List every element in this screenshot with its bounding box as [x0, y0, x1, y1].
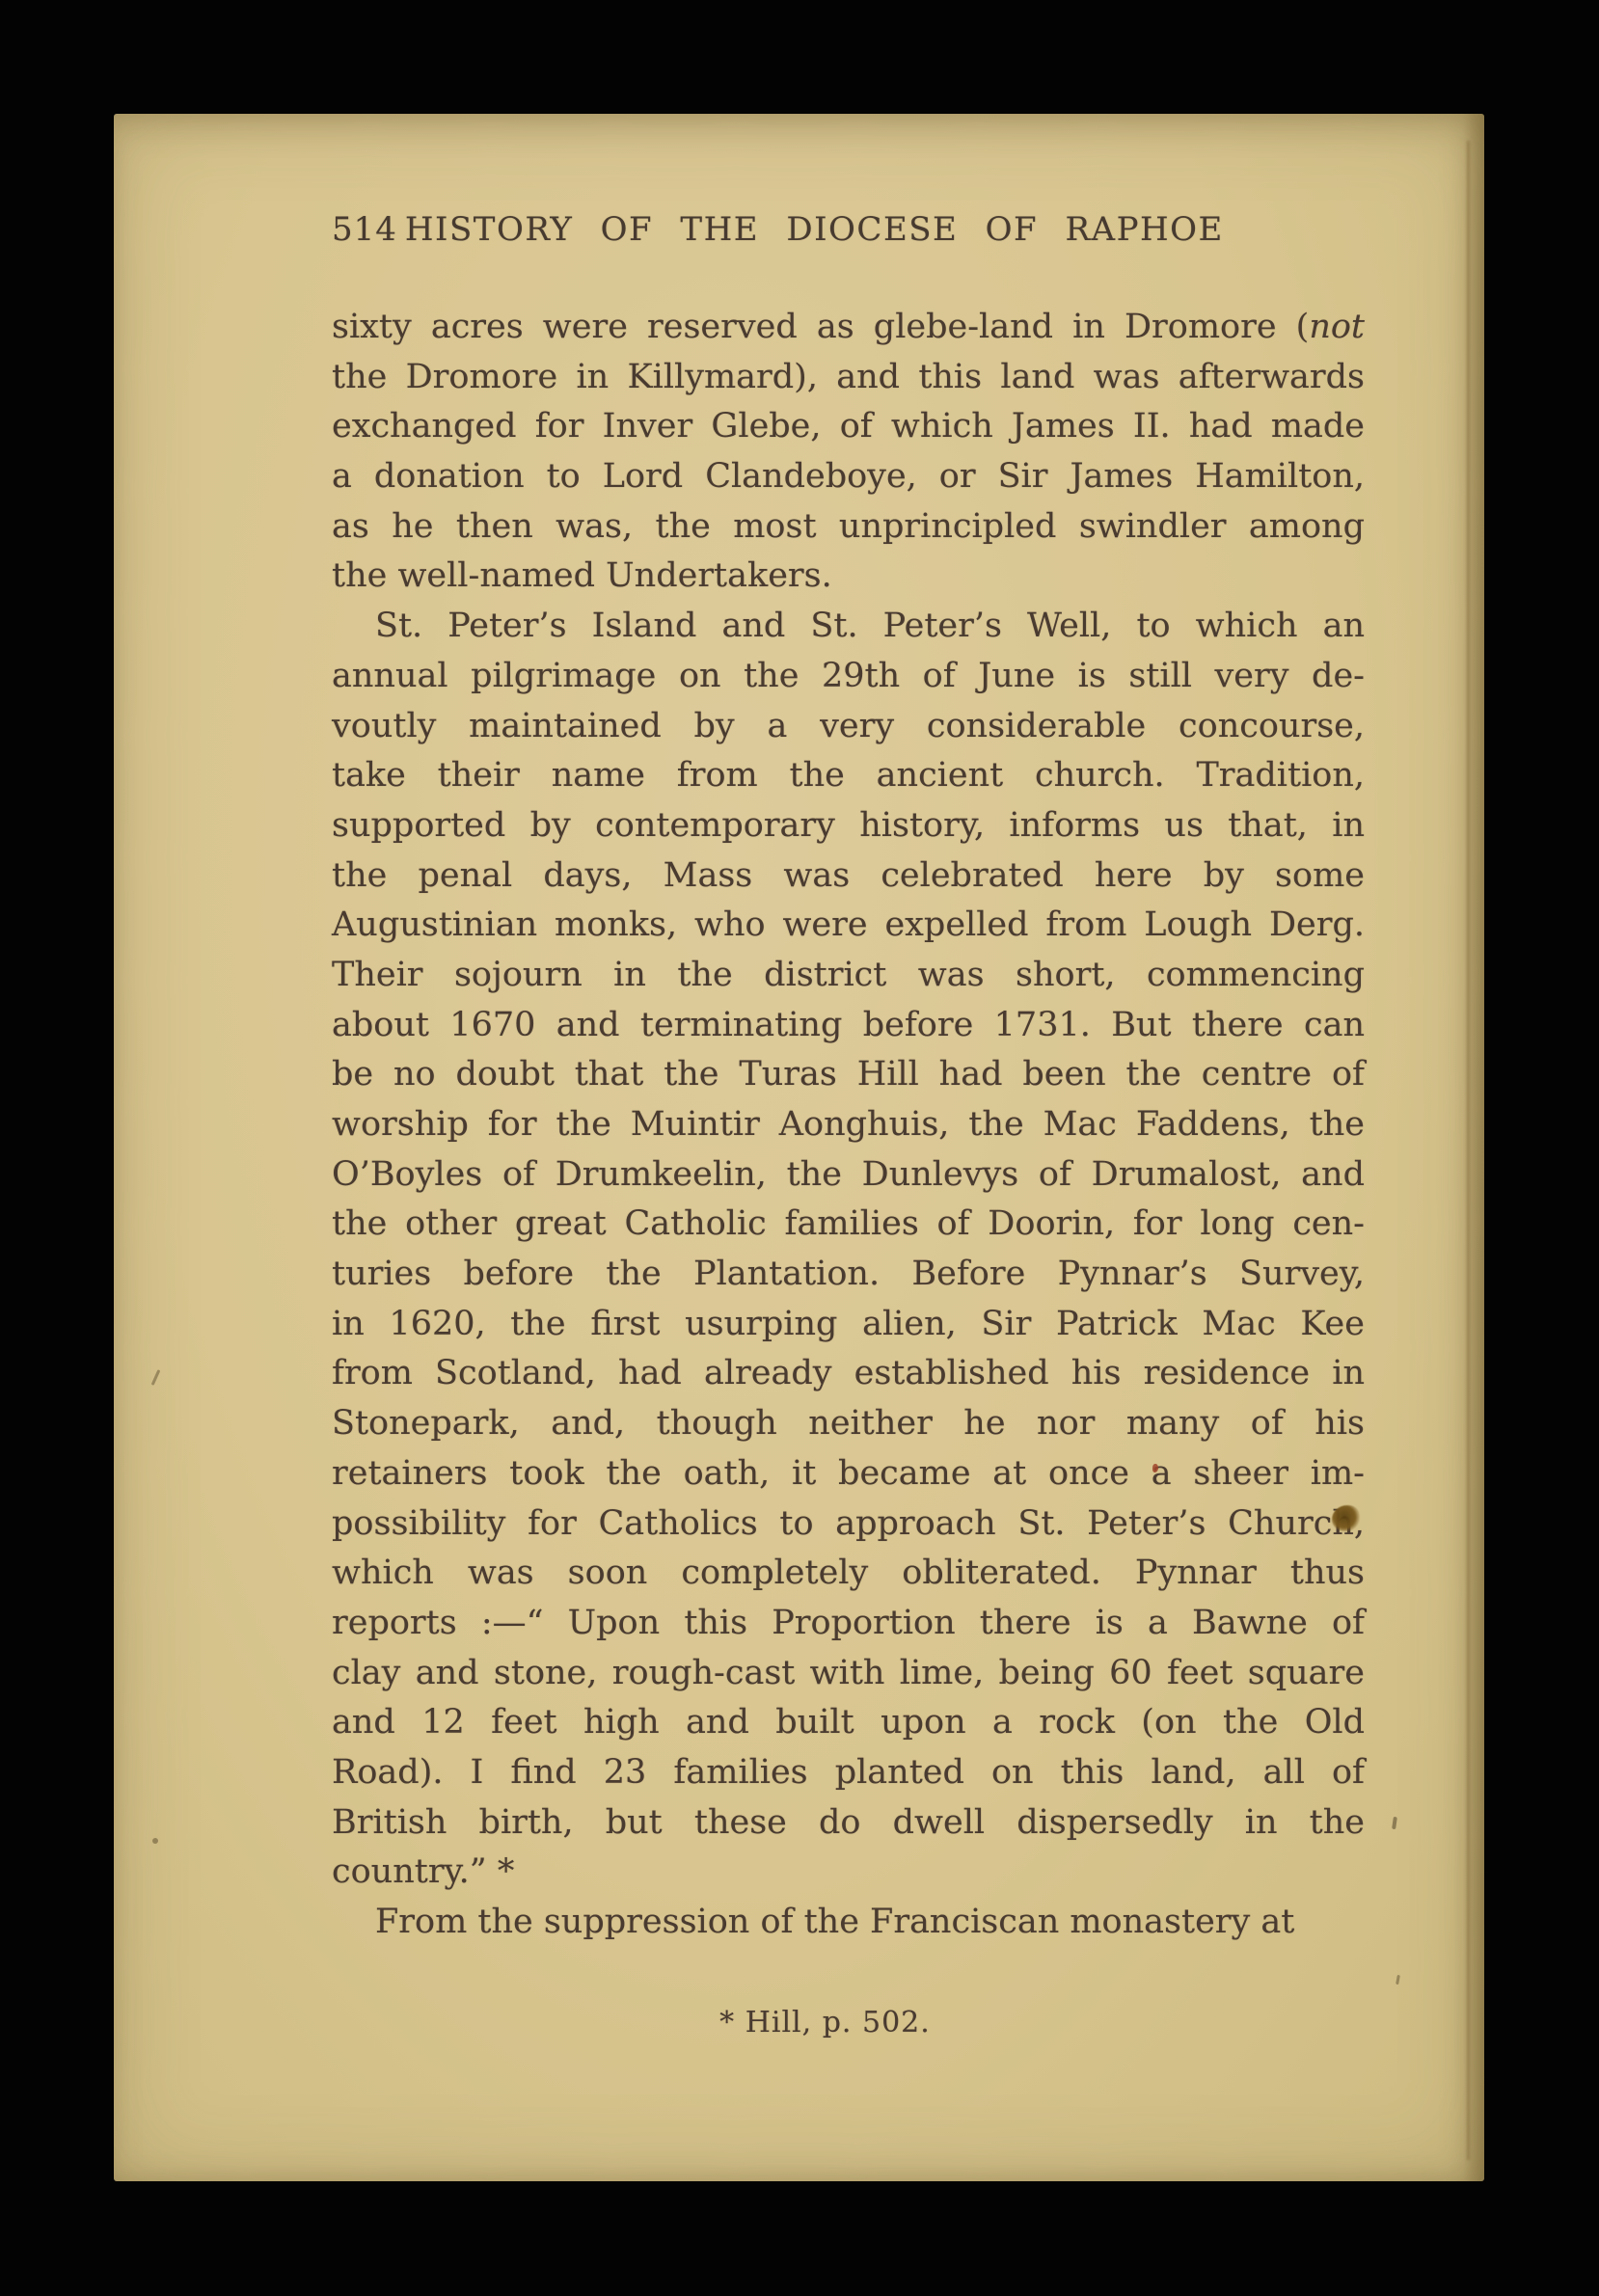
text-line: Their sojourn in the district was short,…	[332, 951, 1365, 1001]
text-line: in 1620, the first usurping alien, Sir P…	[332, 1300, 1365, 1350]
text-line: from Scotland, had already established h…	[332, 1349, 1365, 1399]
text-line: and 12 feet high and built upon a rock (…	[332, 1698, 1365, 1748]
text-line: country.” *	[332, 1848, 1365, 1898]
text-line: Stonepark, and, though neither he nor ma…	[332, 1399, 1365, 1449]
text-line: a donation to Lord Clandeboye, or Sir Ja…	[332, 452, 1365, 502]
text-line: the penal days, Mass was celebrated here…	[332, 851, 1365, 902]
text-line: British birth, but these do dwell disper…	[332, 1798, 1365, 1849]
ink-speck	[151, 1369, 161, 1386]
text-line: St. Peter’s Island and St. Peter’s Well,…	[332, 602, 1365, 652]
page-edge-shade	[1463, 114, 1484, 2181]
text-line: possibility for Catholics to approach St…	[332, 1499, 1365, 1550]
text-line: voutly maintained by a very considerable…	[332, 702, 1365, 752]
text-line: Augustinian monks, who were expelled fro…	[332, 901, 1365, 951]
text-line: retainers took the oath, it became at on…	[332, 1449, 1365, 1499]
text-line: about 1670 and terminating before 1731. …	[332, 1001, 1365, 1051]
text-line: reports :—“ Upon this Proportion there i…	[332, 1599, 1365, 1649]
text-line: O’Boyles of Drumkeelin, the Dunlevys of …	[332, 1150, 1365, 1201]
header-title: HISTORY OF THE DIOCESE OF RAPHOE	[405, 210, 1224, 249]
ink-speck	[152, 1838, 158, 1844]
body-text: sixty acres were reserved as glebe-land …	[332, 303, 1365, 1948]
ink-speck	[1396, 1975, 1400, 1985]
scanned-page-photo: 514HISTORY OF THE DIOCESE OF RAPHOE sixt…	[0, 0, 1599, 2296]
text-line: turies before the Plantation. Before Pyn…	[332, 1250, 1365, 1300]
footnote: * Hill, p. 502.	[332, 2006, 1365, 2039]
text-line: From the suppression of the Franciscan m…	[332, 1898, 1365, 1948]
text-line: exchanged for Inver Glebe, of which Jame…	[332, 402, 1365, 452]
text-line: take their name from the ancient church.…	[332, 751, 1365, 801]
text-line: as he then was, the most unprincipled sw…	[332, 502, 1365, 553]
text-line: the other great Catholic families of Doo…	[332, 1200, 1365, 1250]
page-header: 514HISTORY OF THE DIOCESE OF RAPHOE	[332, 210, 1393, 249]
text-line: which was soon completely obliterated. P…	[332, 1549, 1365, 1599]
text-line: clay and stone, rough-cast with lime, be…	[332, 1649, 1365, 1699]
text-line: Road). I find 23 families planted on thi…	[332, 1748, 1365, 1798]
text-line: supported by contemporary history, infor…	[332, 801, 1365, 851]
text-line: sixty acres were reserved as glebe-land …	[332, 303, 1365, 353]
page-number: 514	[332, 210, 397, 249]
text-line: be no doubt that the Turas Hill had been…	[332, 1050, 1365, 1100]
text-line: the well-named Undertakers.	[332, 552, 1365, 602]
text-line: worship for the Muintir Aonghuis, the Ma…	[332, 1100, 1365, 1150]
ink-speck	[1392, 1817, 1397, 1829]
ink-stain	[1332, 1505, 1360, 1531]
text-line: annual pilgrimage on the 29th of June is…	[332, 652, 1365, 702]
text-line: the Dromore in Killymard), and this land…	[332, 353, 1365, 403]
book-page: 514HISTORY OF THE DIOCESE OF RAPHOE sixt…	[114, 114, 1484, 2181]
